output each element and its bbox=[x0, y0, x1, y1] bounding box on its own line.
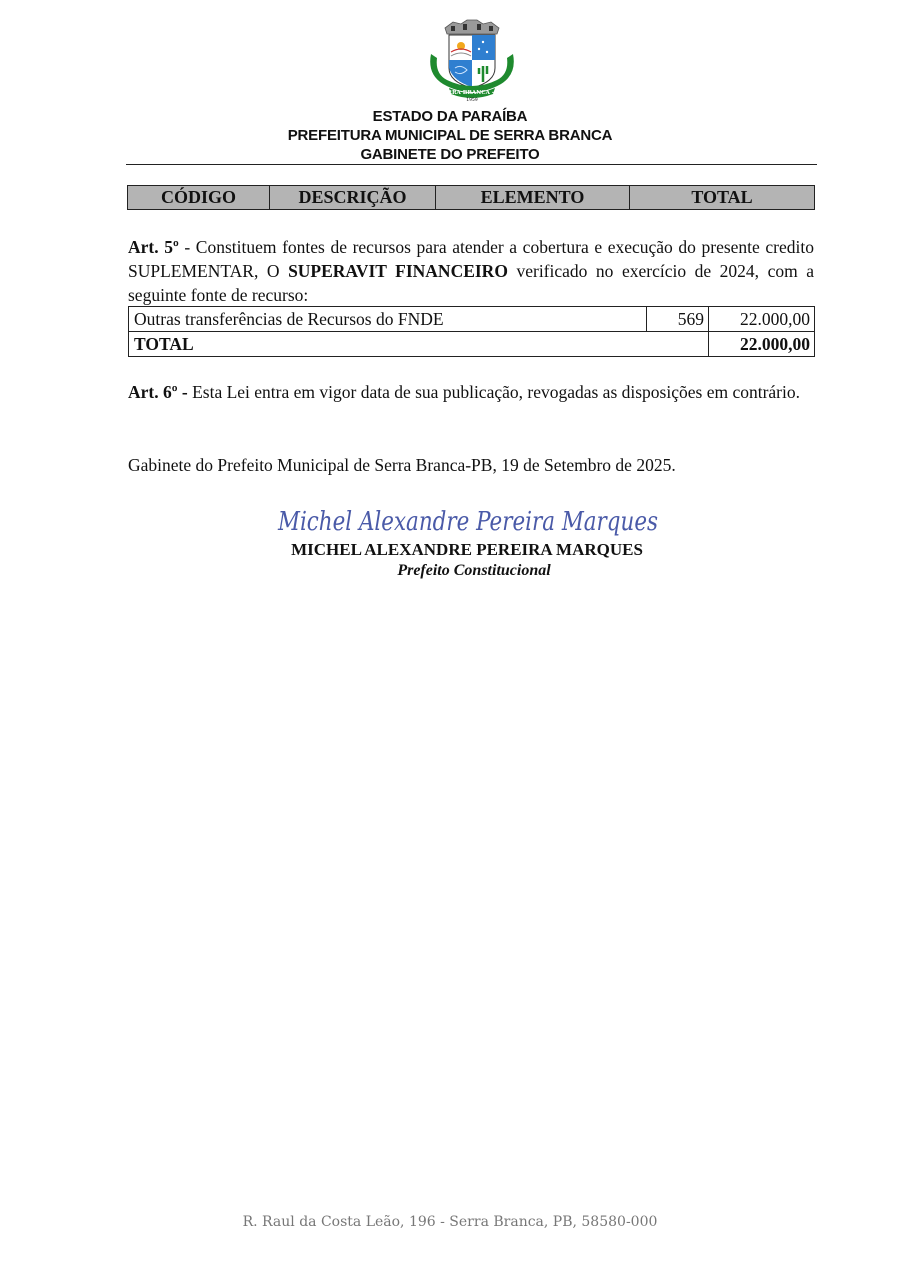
column-header-descricao: DESCRIÇÃO bbox=[270, 186, 436, 209]
article-5-paragraph: Art. 5º - Constituem fontes de recursos … bbox=[128, 235, 814, 307]
header-municipality: PREFEITURA MUNICIPAL DE SERRA BRANCA bbox=[0, 126, 900, 145]
header-state: ESTADO DA PARAÍBA bbox=[0, 107, 900, 126]
signatory-name: MICHEL ALEXANDRE PEREIRA MARQUES bbox=[0, 540, 900, 560]
article-5-label: Art. 5º bbox=[128, 237, 179, 257]
header-divider bbox=[126, 164, 817, 165]
header-office: GABINETE DO PREFEITO bbox=[0, 145, 900, 164]
total-value: 22.000,00 bbox=[709, 332, 815, 357]
budget-code-table-header: CÓDIGO DESCRIÇÃO ELEMENTO TOTAL bbox=[127, 185, 815, 210]
table-row: Outras transferências de Recursos do FND… bbox=[129, 307, 815, 332]
article-6-text: Esta Lei entra em vigor data de sua publ… bbox=[188, 382, 800, 402]
signature-script: Michel Alexandre Pereira Marques bbox=[277, 507, 658, 537]
signatory-role: Prefeito Constitucional bbox=[0, 562, 900, 580]
crest-banner-text: SERRA BRANCA - PB bbox=[439, 90, 505, 96]
source-value: 22.000,00 bbox=[709, 307, 815, 332]
source-description: Outras transferências de Recursos do FND… bbox=[129, 307, 647, 332]
total-label: TOTAL bbox=[129, 332, 709, 357]
article-5-bold-text: SUPERAVIT FINANCEIRO bbox=[288, 261, 508, 281]
funding-source-table: Outras transferências de Recursos do FND… bbox=[128, 306, 815, 357]
source-code: 569 bbox=[647, 307, 709, 332]
place-and-date: Gabinete do Prefeito Municipal de Serra … bbox=[128, 453, 676, 477]
crest-year: 1959 bbox=[466, 97, 478, 102]
municipal-crest-logo: SERRA BRANCA - PB 1959 bbox=[423, 18, 521, 102]
table-total-row: TOTAL 22.000,00 bbox=[129, 332, 815, 357]
document-header: ESTADO DA PARAÍBA PREFEITURA MUNICIPAL D… bbox=[0, 107, 900, 164]
column-header-codigo: CÓDIGO bbox=[128, 186, 270, 209]
column-header-total: TOTAL bbox=[630, 186, 814, 209]
article-6-paragraph: Art. 6º - Esta Lei entra em vigor data d… bbox=[128, 380, 814, 404]
column-header-elemento: ELEMENTO bbox=[436, 186, 630, 209]
article-6-label: Art. 6º - bbox=[128, 382, 188, 402]
footer-address: R. Raul da Costa Leão, 196 - Serra Branc… bbox=[0, 1214, 900, 1230]
